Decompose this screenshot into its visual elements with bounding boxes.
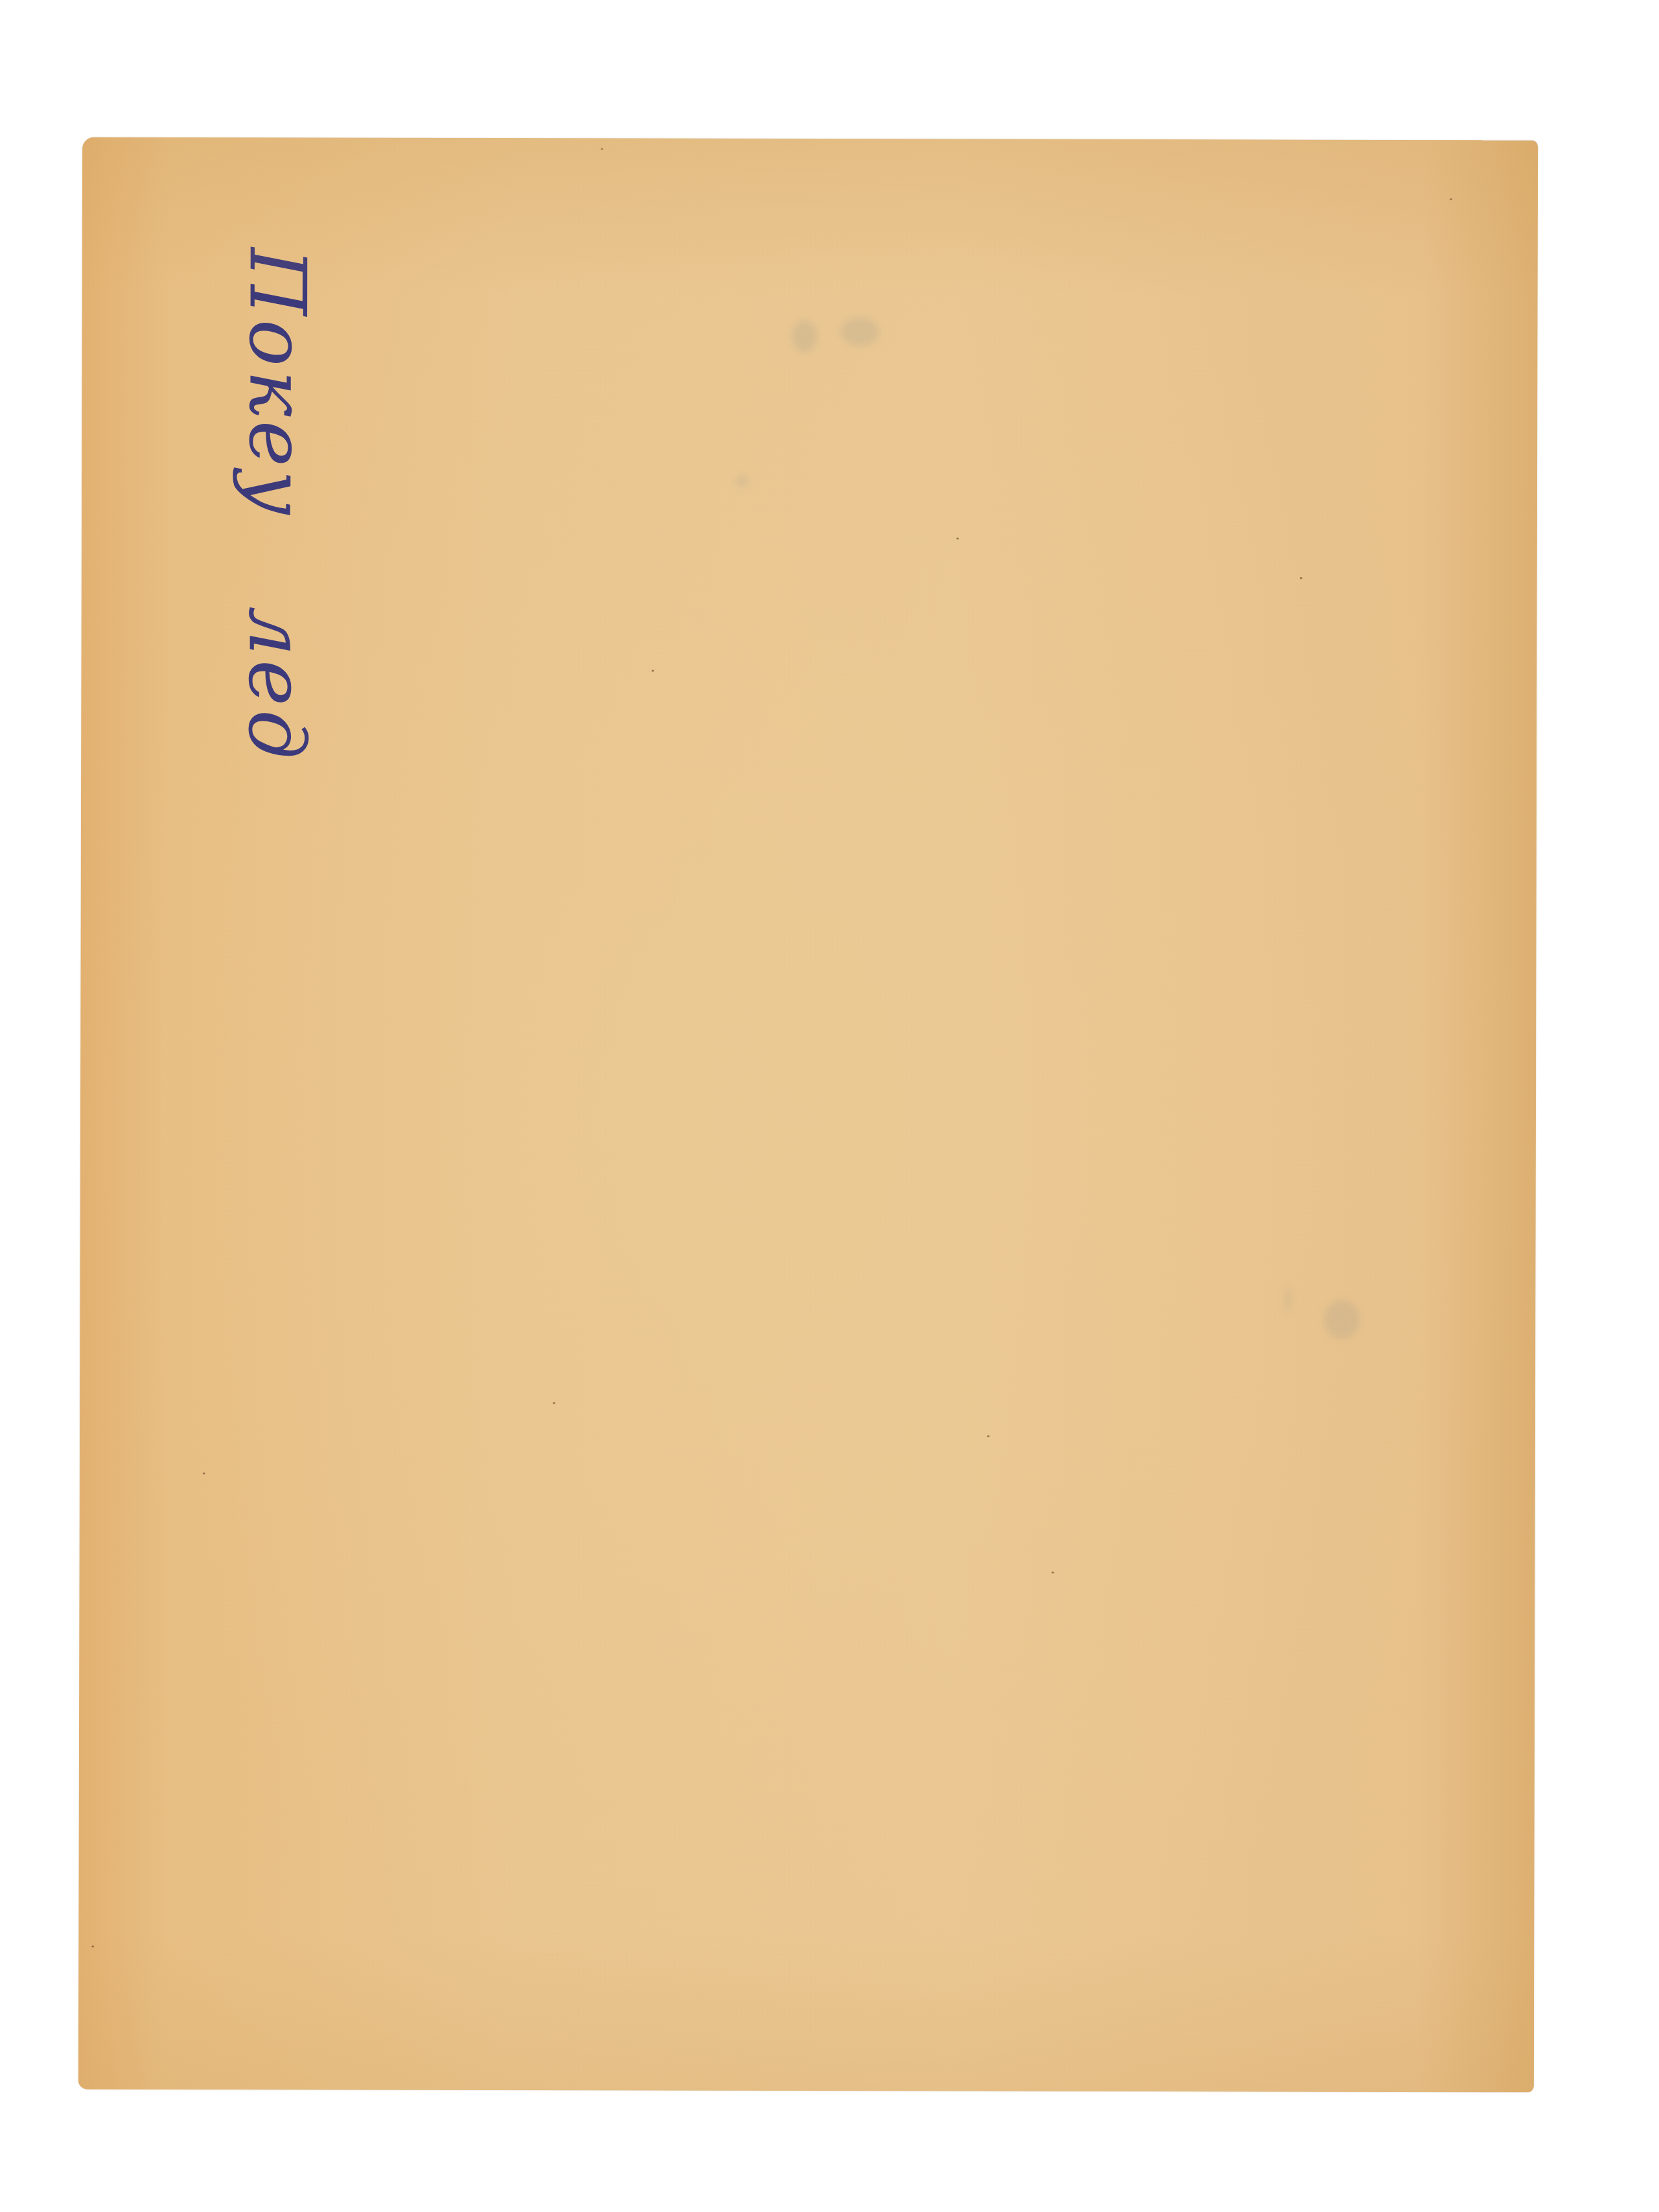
speck <box>601 148 603 150</box>
handwritten-word: Покеу <box>237 248 316 519</box>
speck <box>91 1946 94 1948</box>
stain-mark <box>840 317 879 346</box>
speck <box>987 1436 990 1438</box>
speck <box>553 1402 555 1404</box>
stain-mark <box>736 476 748 487</box>
speck <box>1300 577 1303 579</box>
paper-sheet: Покеу лед <box>78 137 1538 2093</box>
speck <box>957 537 959 539</box>
stain-mark <box>791 320 817 353</box>
handwritten-note: Покеу лед <box>237 248 316 821</box>
speck <box>1450 198 1452 200</box>
speck <box>1052 1572 1054 1574</box>
stain-mark <box>1324 1300 1360 1339</box>
speck <box>203 1473 205 1474</box>
speck <box>651 669 654 671</box>
handwritten-word: лед <box>237 606 315 763</box>
stain-mark <box>1285 1287 1290 1313</box>
